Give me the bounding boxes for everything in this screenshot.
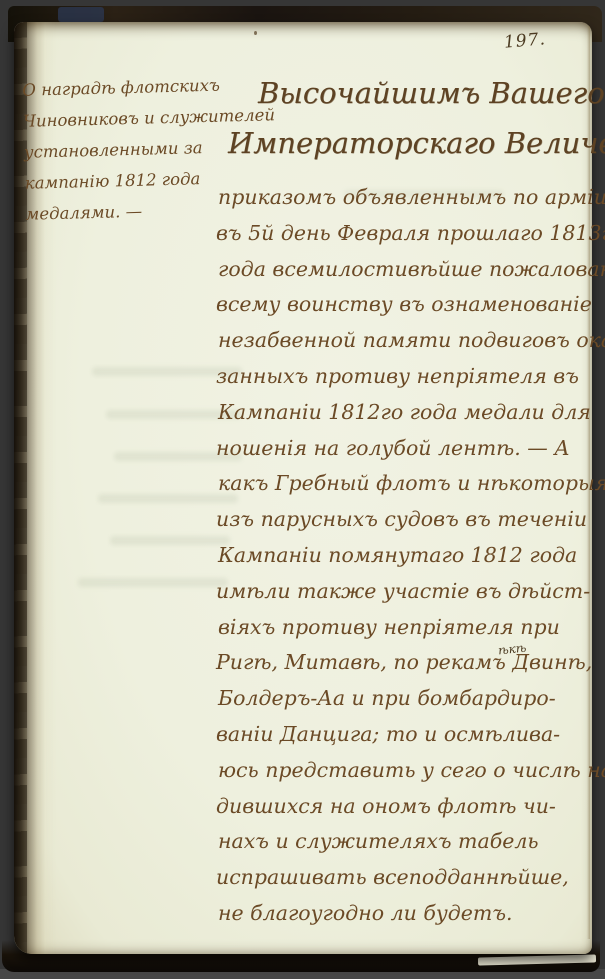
manuscript-photo: 197. О наградѣ флотскихъ Чиновниковъ и с… xyxy=(0,0,605,979)
body-line: изъ парусныхъ судовъ въ теченіи xyxy=(216,502,592,538)
body-line: ваніи Данцига; то и осмѣлива- xyxy=(216,717,592,753)
margin-note: О наградѣ флотскихъ Чиновниковъ и служит… xyxy=(22,69,238,229)
margin-note-line: медалями. — xyxy=(25,193,238,230)
body-line: испрашивать всеподданнѣйше, xyxy=(216,860,592,896)
interlinear-correction: ѣкѣ xyxy=(497,641,527,658)
body-line: имѣли также участіе въ дѣйст- xyxy=(216,574,592,610)
body-line: ношенія на голубой лентѣ. — А xyxy=(216,431,592,467)
book-top-edge-tint xyxy=(58,7,104,22)
body-line: Болдеръ-Аа и при бомбардиро- xyxy=(218,681,594,717)
body-line: всему воинству въ ознаменованіе xyxy=(216,287,592,323)
body-line: въ 5й день Февраля прошлаго 1813го xyxy=(216,216,592,252)
bleed-through-mark xyxy=(110,536,230,545)
heading-line: Высочайшимъ Вашего xyxy=(228,68,592,118)
heading-line: Императорскаго Величества xyxy=(228,118,592,168)
margin-note-line: Чиновниковъ и служителей xyxy=(23,100,236,137)
body-text: приказомъ объявленнымъ по арміи въ 5й де… xyxy=(216,180,592,932)
bleed-through-mark xyxy=(78,578,228,587)
body-line: віяхъ противу непріятеля при xyxy=(218,610,594,646)
body-line: занныхъ противу непріятеля въ xyxy=(216,359,592,395)
body-line: незабвенной памяти подвиговъ ока- xyxy=(218,323,594,359)
body-line: дившихся на ономъ флотѣ чи- xyxy=(216,789,592,825)
body-line: не благоугодно ли будетъ. xyxy=(218,896,594,932)
body-line: Ригѣ, Митавѣ, по рекамъ Двинѣ, xyxy=(216,645,592,681)
manuscript-page: 197. О наградѣ флотскихъ Чиновниковъ и с… xyxy=(14,22,592,954)
body-line: Кампаніи помянутаго 1812 года xyxy=(218,538,594,574)
body-line: нахъ и служителяхъ табель xyxy=(218,824,594,860)
body-line: юсь представить у сего о числѣ нахо- xyxy=(218,753,594,789)
body-line: приказомъ объявленнымъ по арміи xyxy=(218,180,594,216)
folio-number: 197. xyxy=(503,29,546,53)
ink-speck xyxy=(254,31,257,35)
body-line: года всемилостивѣйше пожалованы xyxy=(218,252,594,288)
body-line: Кампаніи 1812го года медали для xyxy=(218,395,594,431)
invocation-heading: Высочайшимъ Вашего Императорскаго Величе… xyxy=(228,68,592,168)
body-line: какъ Гребный флотъ и нѣкоторыя xyxy=(218,466,594,502)
